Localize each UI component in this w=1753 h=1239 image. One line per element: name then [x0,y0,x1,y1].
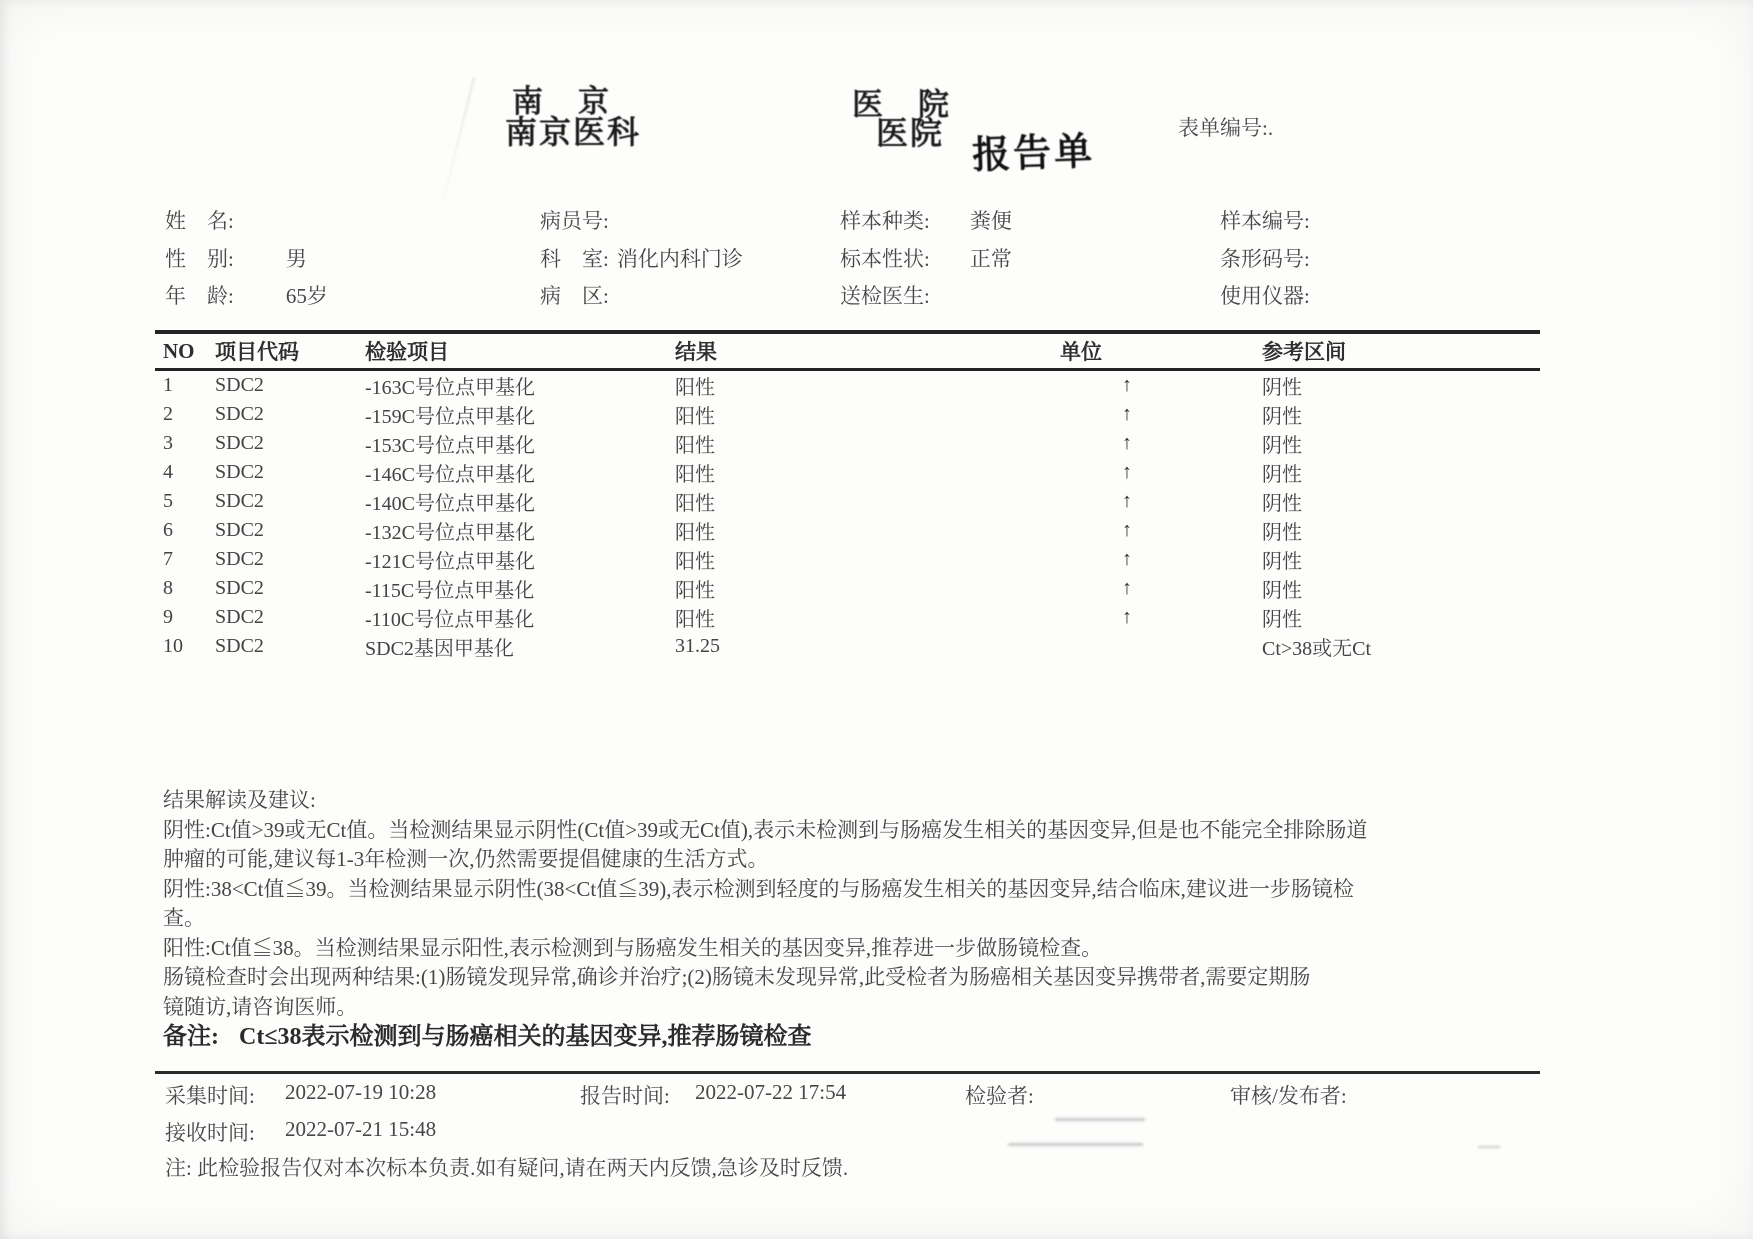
cell-item: -140C号位点甲基化 [365,487,675,516]
field-sample-state-value: 正常 [970,243,1012,273]
field-sample-no: 样本编号: [1220,205,1318,235]
cell-item: -153C号位点甲基化 [365,429,675,458]
cell-code: SDC2 [215,632,365,661]
results-table-header: NO 项目代码 检验项目 结果 单位 参考区间 [155,332,1540,370]
field-department: 科 室:消化内科门诊 [540,243,743,273]
field-send-doctor: 送检医生: [840,280,970,310]
cell-unit-flag: ↑ [1060,400,1262,429]
cell-item: -121C号位点甲基化 [365,545,675,574]
cell-result: 阳性 [675,487,1060,516]
cell-unit-flag: ↑ [1060,603,1262,632]
cell-code: SDC2 [215,458,365,487]
field-sample-type-value: 粪便 [970,205,1012,235]
cell-code: SDC2 [215,429,365,458]
hospital-name-line2-left: 南京医科 [505,107,641,153]
interpretation-lines: 阴性:Ct值>39或无Ct值。当检测结果显示阴性(Ct值>39或无Ct值),表示… [163,816,1553,1023]
cell-unit-flag: ↑ [1060,574,1262,603]
cell-item: -159C号位点甲基化 [365,400,675,429]
up-arrow-icon: ↑ [1060,403,1132,426]
field-sample-type: 样本种类:粪便 [840,205,1012,235]
up-arrow-icon: ↑ [1060,374,1132,397]
cell-item: SDC2基因甲基化 [365,632,675,661]
field-sample-type-label: 样本种类: [840,205,930,235]
collect-time-value: 2022-07-19 10:28 [285,1080,436,1105]
cell-unit-flag: ↑ [1060,487,1262,516]
interpretation-line: 查。 [163,904,1553,934]
interpretation-section: 结果解读及建议: 阴性:Ct值>39或无Ct值。当检测结果显示阴性(Ct值>39… [163,786,1553,1022]
lab-report-page: 南 京 医 院 南京医科 医院 报告单 表单编号:. 姓 名: 病员号: 样本种… [0,0,1753,1239]
cell-reference: 阴性 [1262,458,1540,487]
cell-code: SDC2 [215,545,365,574]
up-arrow-icon: ↑ [1060,606,1132,629]
field-patient-no-label: 病员号: [540,205,609,235]
field-sex-value: 男 [286,243,307,273]
cell-reference: 阴性 [1262,516,1540,545]
cell-item: -146C号位点甲基化 [365,458,675,487]
cell-reference: 阴性 [1262,429,1540,458]
cell-item: -110C号位点甲基化 [365,603,675,632]
cell-unit-flag: ↑ [1060,516,1262,545]
cell-item: -132C号位点甲基化 [365,516,675,545]
field-sample-state: 标本性状:正常 [840,243,1012,273]
col-header-result: 结果 [675,332,1060,370]
interpretation-line: 阴性:38<Ct值≦39。当检测结果显示阴性(38<Ct值≦39),表示检测到轻… [163,875,1553,905]
results-table: NO 项目代码 检验项目 结果 单位 参考区间 1 SDC2 -163C号位点甲… [155,330,1540,661]
up-arrow-icon: ↑ [1060,432,1132,455]
field-patient-no: 病员号: [540,205,617,235]
cell-code: SDC2 [215,574,365,603]
field-sex: 性 别:男 [165,243,307,273]
up-arrow-icon: ↑ [1060,548,1132,571]
hospital-name-line2-right: 医院 [876,108,944,154]
table-row: 5 SDC2 -140C号位点甲基化 阳性 ↑ 阴性 [155,487,1540,516]
up-arrow-icon: ↑ [1060,461,1132,484]
cell-unit-flag [1060,632,1262,661]
field-sample-no-label: 样本编号: [1220,205,1310,235]
cell-reference: 阴性 [1262,400,1540,429]
cell-result: 阳性 [675,603,1060,632]
cell-unit-flag: ↑ [1060,545,1262,574]
cell-code: SDC2 [215,603,365,632]
table-row: 7 SDC2 -121C号位点甲基化 阳性 ↑ 阴性 [155,545,1540,574]
interpretation-title: 结果解读及建议: [163,786,1553,816]
cell-reference: Ct>38或无Ct [1262,632,1540,661]
field-department-label: 科 室: [540,243,609,273]
remark-line: 备注:Ct≤38表示检测到与肠癌相关的基因变异,推荐肠镜检查 [163,1016,812,1051]
signature-smudge [1008,1143,1143,1146]
cell-code: SDC2 [215,370,365,401]
field-age-label: 年 龄: [165,280,234,310]
table-row: 8 SDC2 -115C号位点甲基化 阳性 ↑ 阴性 [155,574,1540,603]
field-name: 姓 名: [165,205,286,235]
cell-item: -115C号位点甲基化 [365,574,675,603]
col-header-item: 检验项目 [365,332,675,370]
cell-item: -163C号位点甲基化 [365,370,675,401]
cell-no: 10 [155,632,215,661]
report-time-value: 2022-07-22 17:54 [695,1080,846,1105]
cell-no: 5 [155,487,215,516]
interpretation-line: 肠镜检查时会出现两种结果:(1)肠镜发现异常,确诊并治疗;(2)肠镜未发现异常,… [163,963,1553,993]
cell-no: 6 [155,516,215,545]
cell-reference: 阴性 [1262,370,1540,401]
signature-smudge [1055,1118,1145,1121]
field-age-value: 65岁 [286,280,328,310]
remark-label: 备注: [163,1024,219,1050]
interpretation-line: 阴性:Ct值>39或无Ct值。当检测结果显示阴性(Ct值>39或无Ct值),表示… [163,816,1553,846]
field-ward: 病 区: [540,280,617,310]
report-title: 报告单 [971,120,1096,179]
field-department-value: 消化内科门诊 [617,243,743,273]
field-sample-state-label: 标本性状: [840,243,930,273]
field-barcode-no-label: 条形码号: [1220,243,1310,273]
col-header-ref: 参考区间 [1262,332,1540,370]
table-row: 2 SDC2 -159C号位点甲基化 阳性 ↑ 阴性 [155,400,1540,429]
reviewer-label: 审核/发布者: [1230,1080,1347,1110]
field-sex-label: 性 别: [165,243,234,273]
cell-result: 阳性 [675,458,1060,487]
field-instrument: 使用仪器: [1220,280,1318,310]
signature-smudge [1478,1146,1500,1148]
cell-result: 阳性 [675,545,1060,574]
cell-result: 阳性 [675,429,1060,458]
cell-result: 阳性 [675,516,1060,545]
cell-result: 31.25 [675,632,1060,661]
table-row: 3 SDC2 -153C号位点甲基化 阳性 ↑ 阴性 [155,429,1540,458]
cell-no: 4 [155,458,215,487]
cell-unit-flag: ↑ [1060,458,1262,487]
cell-result: 阳性 [675,574,1060,603]
tester-label: 检验者: [965,1080,1034,1110]
field-age: 年 龄:65岁 [165,280,328,310]
cell-unit-flag: ↑ [1060,429,1262,458]
cell-code: SDC2 [215,516,365,545]
up-arrow-icon: ↑ [1060,577,1132,600]
receive-time-label: 接收时间: [165,1117,255,1147]
cell-no: 7 [155,545,215,574]
cell-code: SDC2 [215,487,365,516]
table-row: 10 SDC2 SDC2基因甲基化 31.25 Ct>38或无Ct [155,632,1540,661]
field-instrument-label: 使用仪器: [1220,280,1310,310]
cell-result: 阳性 [675,370,1060,401]
collect-time-label: 采集时间: [165,1080,255,1110]
field-name-label: 姓 名: [165,205,234,235]
cell-reference: 阴性 [1262,603,1540,632]
cell-code: SDC2 [215,400,365,429]
col-header-code: 项目代码 [215,332,365,370]
cell-no: 1 [155,370,215,401]
up-arrow-icon: ↑ [1060,490,1132,513]
cell-reference: 阴性 [1262,487,1540,516]
table-row: 9 SDC2 -110C号位点甲基化 阳性 ↑ 阴性 [155,603,1540,632]
cell-no: 3 [155,429,215,458]
report-time-label: 报告时间: [580,1080,670,1110]
cell-no: 9 [155,603,215,632]
up-arrow-icon: ↑ [1060,519,1132,542]
table-row: 4 SDC2 -146C号位点甲基化 阳性 ↑ 阴性 [155,458,1540,487]
field-ward-label: 病 区: [540,280,609,310]
field-send-doctor-label: 送检医生: [840,280,930,310]
cell-reference: 阴性 [1262,574,1540,603]
receive-time-value: 2022-07-21 15:48 [285,1117,436,1142]
interpretation-line: 肿瘤的可能,建议每1-3年检测一次,仍然需要提倡健康的生活方式。 [163,845,1553,875]
field-barcode-no: 条形码号: [1220,243,1318,273]
interpretation-line: 阳性:Ct值≦38。当检测结果显示阳性,表示检测到与肠癌发生相关的基因变异,推荐… [163,934,1553,964]
col-header-unit: 单位 [1060,332,1262,370]
remark-text: Ct≤38表示检测到与肠癌相关的基因变异,推荐肠镜检查 [239,1024,812,1050]
cell-result: 阳性 [675,400,1060,429]
col-header-no: NO [155,332,215,370]
footer-divider [155,1071,1540,1074]
cell-no: 2 [155,400,215,429]
table-row: 1 SDC2 -163C号位点甲基化 阳性 ↑ 阴性 [155,370,1540,401]
cell-reference: 阴性 [1262,545,1540,574]
results-table-body: 1 SDC2 -163C号位点甲基化 阳性 ↑ 阴性 2 SDC2 -159C号… [155,370,1540,662]
cell-unit-flag: ↑ [1060,370,1262,401]
scan-streak [437,77,475,223]
table-row: 6 SDC2 -132C号位点甲基化 阳性 ↑ 阴性 [155,516,1540,545]
form-number-label: 表单编号:. [1178,112,1273,142]
cell-no: 8 [155,574,215,603]
footer-note: 注: 此检验报告仅对本次标本负责.如有疑问,请在两天内反馈,急诊及时反馈. [165,1152,848,1182]
